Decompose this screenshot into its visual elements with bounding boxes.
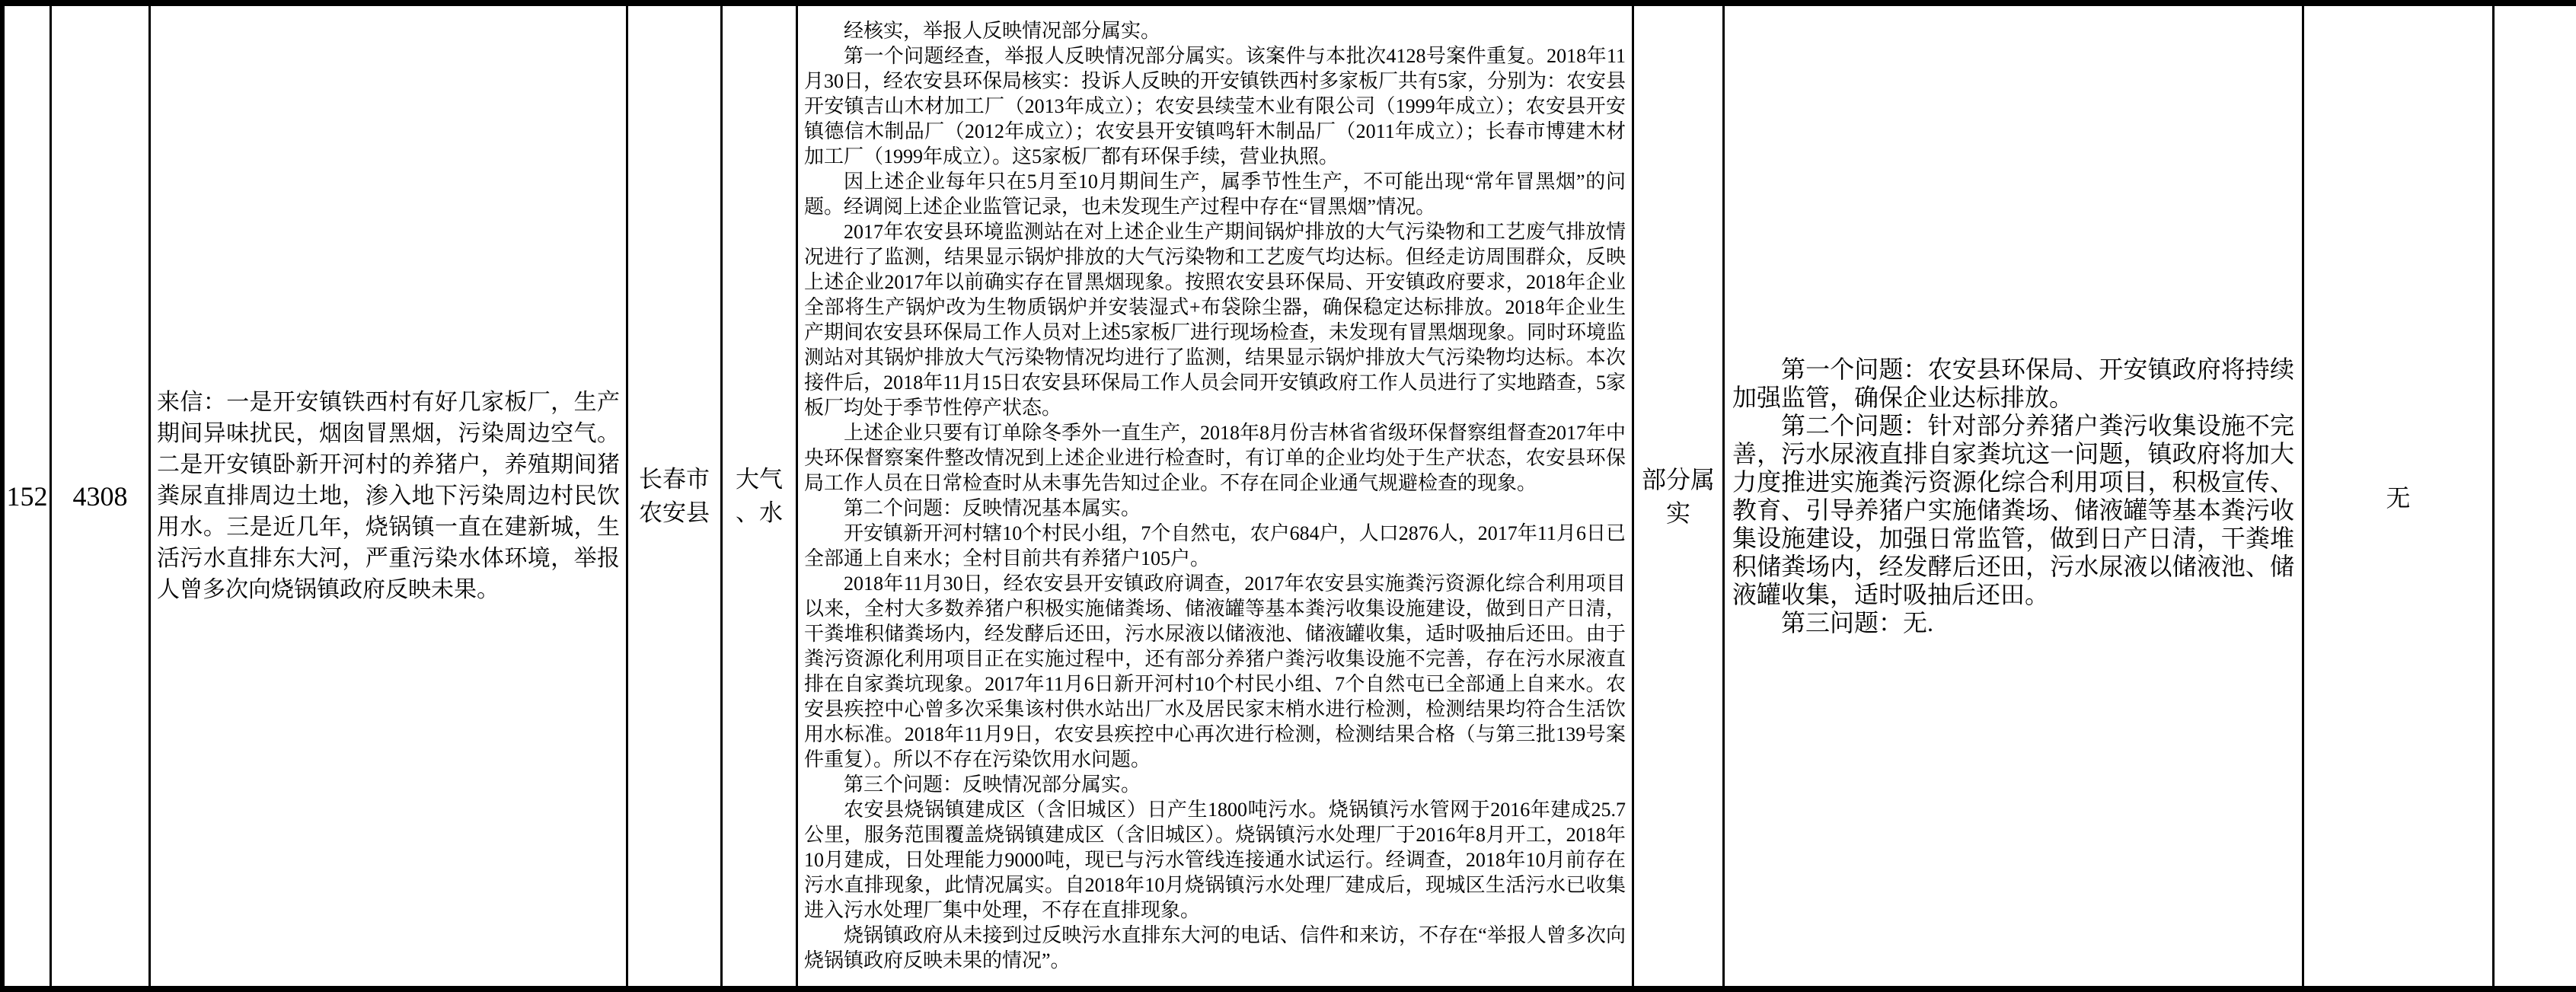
pollution-type-text: 大气、水 bbox=[736, 463, 783, 530]
sequence-number-cell: 152 bbox=[5, 6, 49, 986]
verification-cell: 经核实，举报人反映情况部分属实。第一个问题经查，举报人反映情况部分属实。该案件与… bbox=[796, 6, 1632, 986]
accountability-text: 无 bbox=[2386, 479, 2410, 514]
verification-text: 经核实，举报人反映情况部分属实。第一个问题经查，举报人反映情况部分属实。该案件与… bbox=[804, 18, 1626, 973]
handling-text: 第一个问题：农安县环保局、开安镇政府将持续加强监管，确保企业达标排放。第二个问题… bbox=[1732, 356, 2294, 637]
accountability-cell: 无 bbox=[2302, 6, 2492, 986]
pollution-type-cell: 大气、水 bbox=[720, 6, 796, 986]
verdict-cell: 部分属实 bbox=[1632, 6, 1722, 986]
verdict-text: 部分属实 bbox=[1639, 463, 1718, 530]
region-text: 长春市农安县 bbox=[639, 463, 710, 530]
region-cell: 长春市农安县 bbox=[626, 6, 720, 986]
complaint-text: 来信：一是开安镇铁西村有好几家板厂，生产期间异味扰民，烟囱冒黑烟，污染周边空气。… bbox=[157, 387, 620, 605]
sequence-number: 152 bbox=[7, 480, 48, 512]
case-table-row: 152 4308 来信：一是开安镇铁西村有好几家板厂，生产期间异味扰民，烟囱冒黑… bbox=[0, 0, 2576, 992]
complaint-cell: 来信：一是开安镇铁西村有好几家板厂，生产期间异味扰民，烟囱冒黑烟，污染周边空气。… bbox=[148, 6, 626, 986]
case-number-cell: 4308 bbox=[49, 6, 148, 986]
trailing-empty-cell bbox=[2492, 6, 2576, 986]
case-number: 4308 bbox=[73, 480, 128, 512]
handling-cell: 第一个问题：农安县环保局、开安镇政府将持续加强监管，确保企业达标排放。第二个问题… bbox=[1722, 6, 2302, 986]
